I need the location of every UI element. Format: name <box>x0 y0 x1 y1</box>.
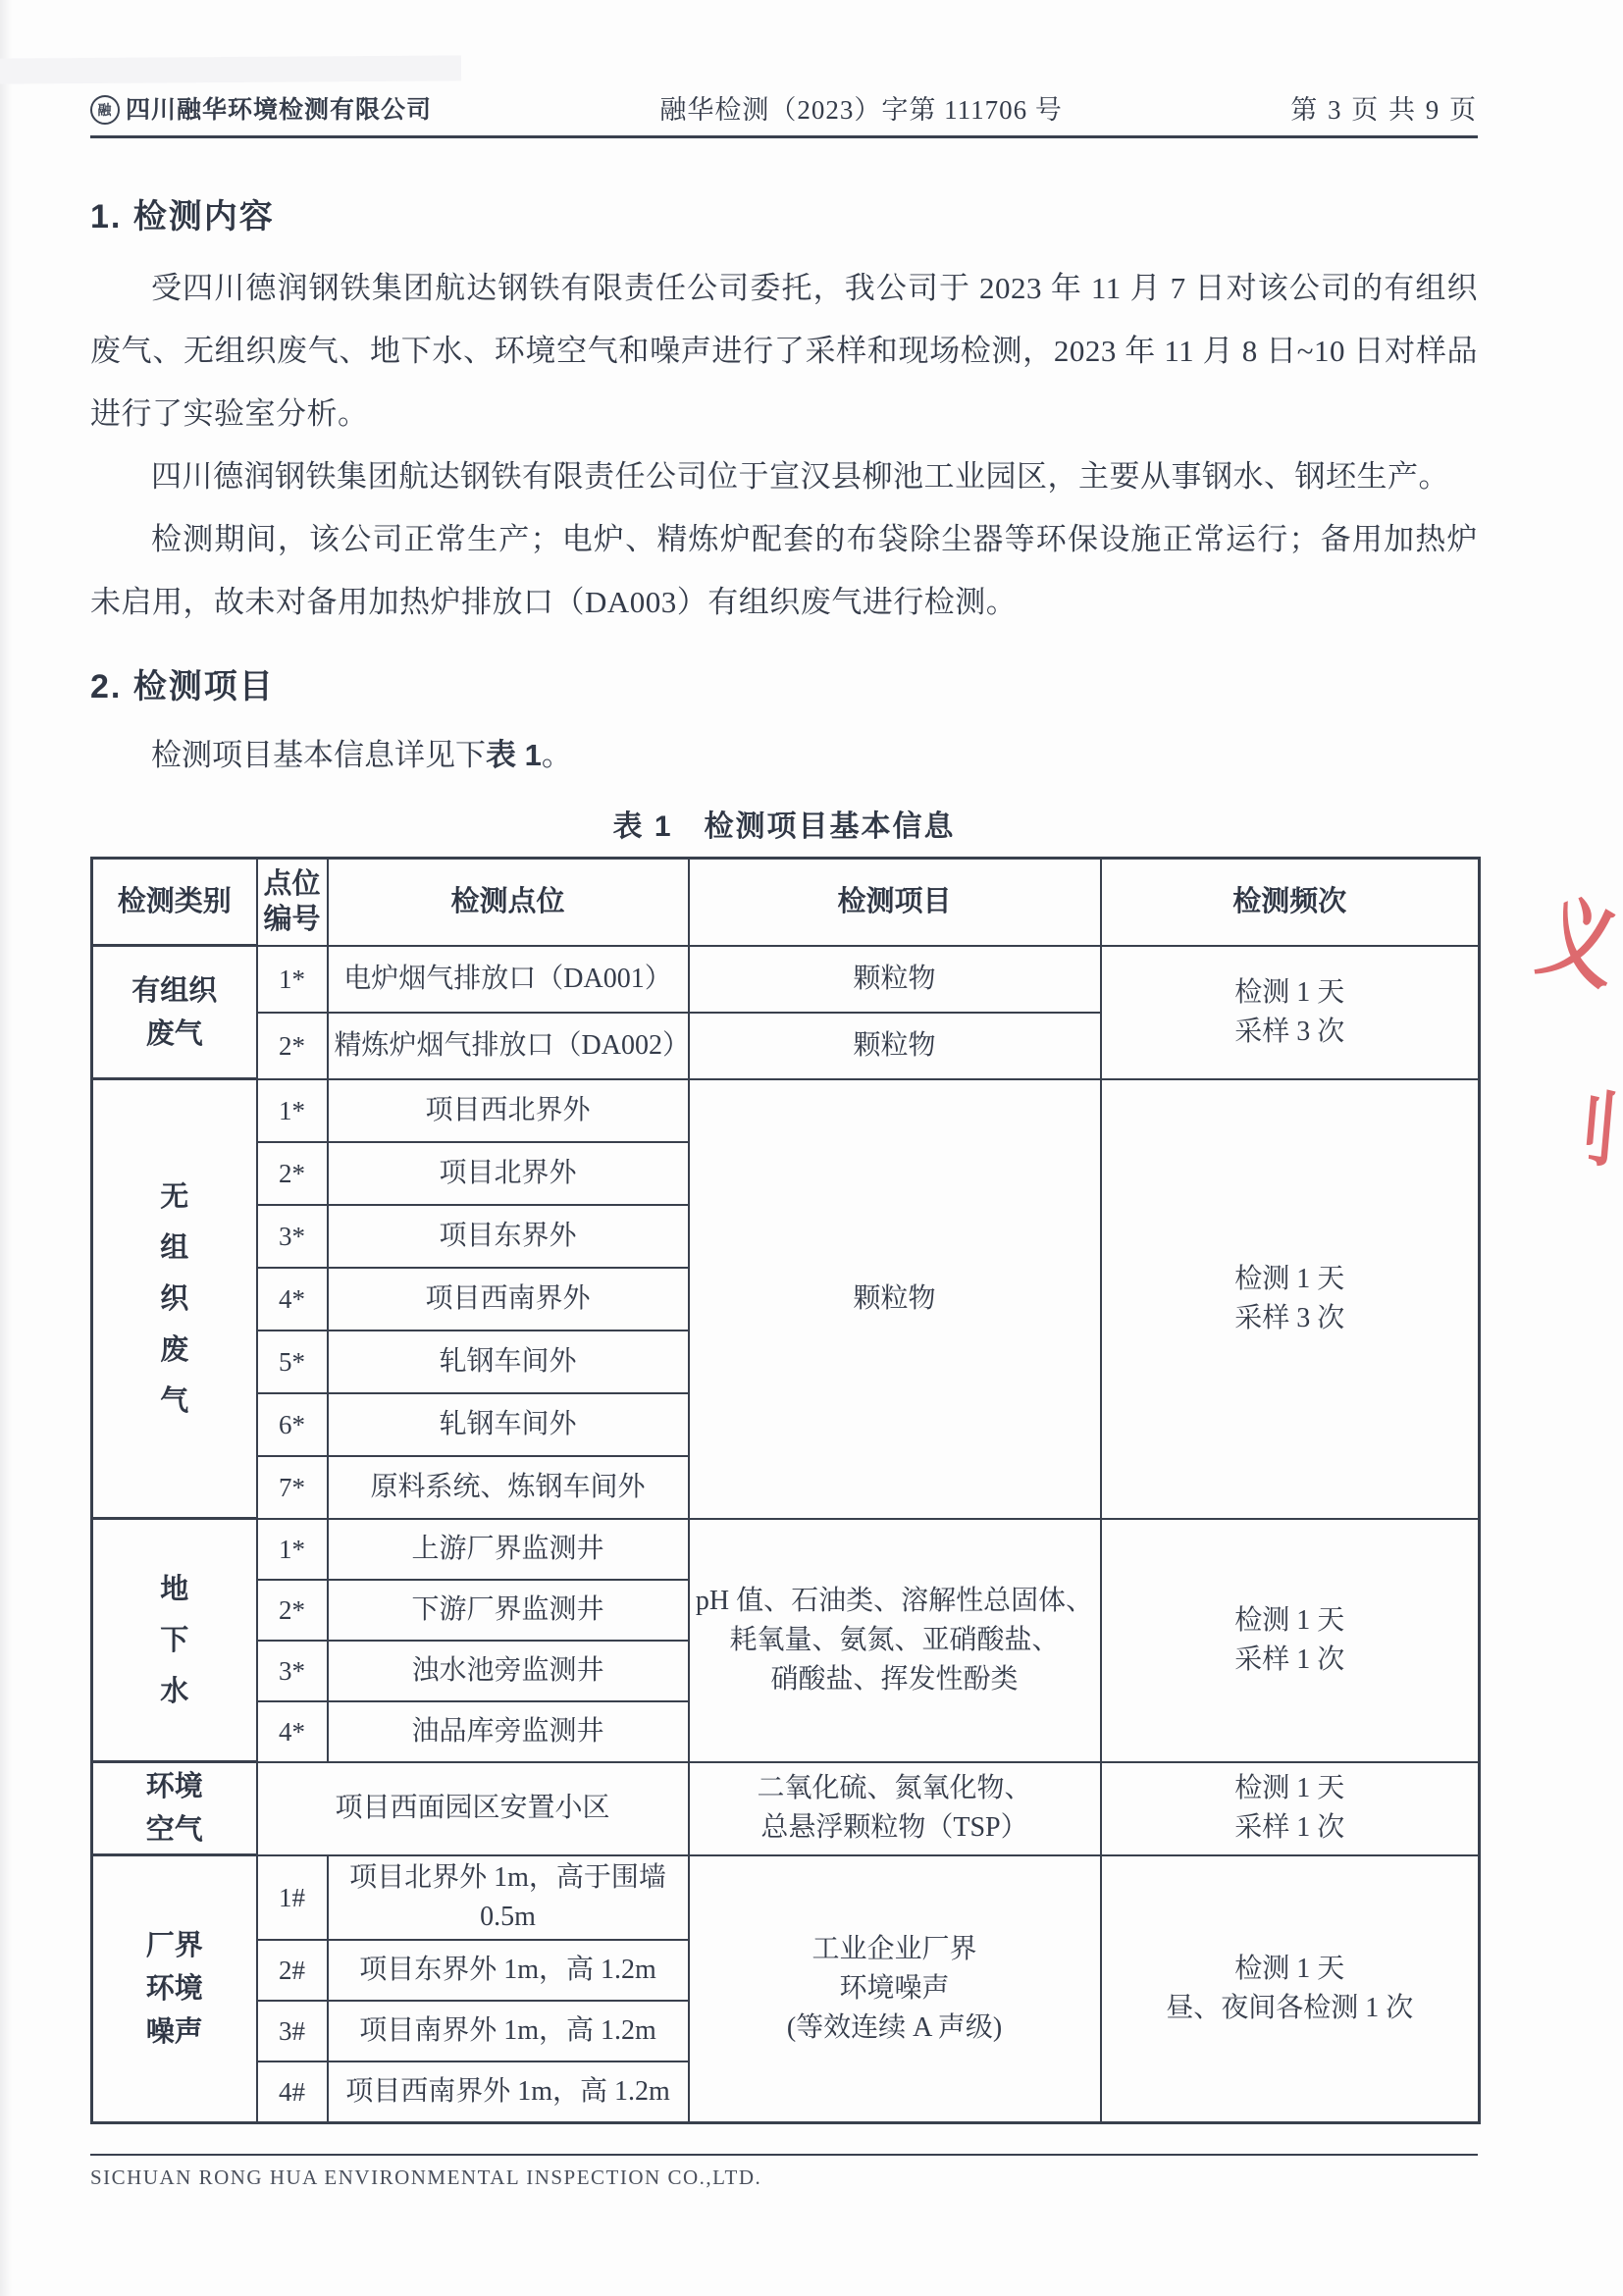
table-intro-text: 检测项目基本信息详见下 <box>151 738 486 772</box>
category-fugitive: 无 组 织 废 气 <box>92 1079 257 1519</box>
document-number: 融华检测（2023）字第 111706 号 <box>659 94 1063 126</box>
point-id: 1# <box>257 1855 328 1940</box>
table-row: 环境 空气项目西面园区安置小区二氧化硫、氮氧化物、 总悬浮颗粒物（TSP）检测 … <box>92 1762 1480 1855</box>
table-intro-period: 。 <box>542 738 572 772</box>
monitoring-site: 油品库旁监测井 <box>328 1701 689 1762</box>
table-header-row: 检测类别 点位 编号 检测点位 检测项目 检测频次 <box>92 859 1480 946</box>
monitoring-item: 颗粒物 <box>689 1079 1101 1519</box>
point-id: 6* <box>257 1393 328 1456</box>
company-name: 四川融华环境检测有限公司 <box>126 94 432 126</box>
point-id: 3* <box>257 1641 328 1701</box>
category-groundwater: 地 下 水 <box>92 1519 257 1762</box>
monitoring-site: 电炉烟气排放口（DA001） <box>328 946 689 1013</box>
page-indicator: 第 3 页 共 9 页 <box>1290 94 1478 126</box>
table-row: 地 下 水1*上游厂界监测井pH 值、石油类、溶解性总固体、 耗氧量、氨氮、亚硝… <box>92 1519 1480 1580</box>
monitoring-site: 项目东界外 1m，高 1.2m <box>328 1940 689 2001</box>
monitoring-site: 项目西面园区安置小区 <box>257 1762 689 1855</box>
category-air: 环境 空气 <box>92 1762 257 1855</box>
paragraph: 受四川德润钢铁集团航达钢铁有限责任公司委托，我公司于 2023 年 11 月 7… <box>90 257 1478 445</box>
point-id: 2* <box>257 1142 328 1205</box>
monitoring-frequency: 检测 1 天 昼、夜间各检测 1 次 <box>1101 1855 1480 2123</box>
point-id: 1* <box>257 946 328 1013</box>
point-id: 5* <box>257 1331 328 1393</box>
monitoring-site: 精炼炉烟气排放口（DA002） <box>328 1013 689 1079</box>
section2-heading: 2. 检测项目 <box>90 659 1478 707</box>
table-row: 有组织 废气1*电炉烟气排放口（DA001）颗粒物检测 1 天 采样 3 次 <box>92 946 1480 1013</box>
footer-rule <box>90 2154 1478 2156</box>
col-header-site: 检测点位 <box>328 859 689 946</box>
category-noise: 厂界 环境 噪声 <box>92 1855 257 2123</box>
monitoring-item: 颗粒物 <box>689 1013 1101 1079</box>
red-stamp-fragment: 义 <box>1528 862 1623 1009</box>
monitoring-frequency: 检测 1 天 采样 3 次 <box>1101 946 1480 1079</box>
monitoring-frequency: 检测 1 天 采样 1 次 <box>1101 1762 1480 1855</box>
page-header: 融 四川融华环境检测有限公司 融华检测（2023）字第 111706 号 第 3… <box>90 94 1478 126</box>
monitoring-site: 项目北界外 <box>328 1142 689 1205</box>
scan-streak-artifact <box>0 55 461 83</box>
point-id: 4* <box>257 1268 328 1331</box>
table-caption: 表 1 检测项目基本信息 <box>90 802 1478 845</box>
monitoring-item: 工业企业厂界 环境噪声 (等效连续 A 声级) <box>689 1855 1101 2123</box>
category-organized: 有组织 废气 <box>92 946 257 1079</box>
footer-company-en: SICHUAN RONG HUA ENVIRONMENTAL INSPECTIO… <box>90 2166 1478 2190</box>
company-header: 融 四川融华环境检测有限公司 <box>90 94 432 126</box>
table-row: 无 组 织 废 气1*项目西北界外颗粒物检测 1 天 采样 3 次 <box>92 1079 1480 1142</box>
col-header-category: 检测类别 <box>92 859 257 946</box>
table-row: 厂界 环境 噪声1#项目北界外 1m，高于围墙 0.5m工业企业厂界 环境噪声 … <box>92 1855 1480 1940</box>
point-id: 4# <box>257 2061 328 2123</box>
monitoring-item: 二氧化硫、氮氧化物、 总悬浮颗粒物（TSP） <box>689 1762 1101 1855</box>
point-id: 4* <box>257 1701 328 1762</box>
monitoring-site: 下游厂界监测井 <box>328 1580 689 1641</box>
scanned-report-page: 融 四川融华环境检测有限公司 融华检测（2023）字第 111706 号 第 3… <box>0 0 1623 2296</box>
monitoring-site: 项目西北界外 <box>328 1079 689 1142</box>
red-stamp-fragment: 刂 <box>1549 1061 1623 1182</box>
point-id: 3# <box>257 2001 328 2061</box>
paragraph: 四川德润钢铁集团航达钢铁有限责任公司位于宣汉县柳池工业园区，主要从事钢水、钢坯生… <box>90 445 1478 508</box>
table-body: 有组织 废气1*电炉烟气排放口（DA001）颗粒物检测 1 天 采样 3 次2*… <box>92 946 1480 2123</box>
monitoring-site: 项目南界外 1m，高 1.2m <box>328 2001 689 2061</box>
monitoring-site: 项目北界外 1m，高于围墙 0.5m <box>328 1855 689 1940</box>
monitoring-item: pH 值、石油类、溶解性总固体、 耗氧量、氨氮、亚硝酸盐、 硝酸盐、挥发性酚类 <box>689 1519 1101 1762</box>
monitoring-items-table: 检测类别 点位 编号 检测点位 检测项目 检测频次 有组织 废气1*电炉烟气排放… <box>90 857 1481 2124</box>
monitoring-site: 原料系统、炼钢车间外 <box>328 1456 689 1519</box>
col-header-point-id: 点位 编号 <box>257 859 328 946</box>
monitoring-site: 轧钢车间外 <box>328 1331 689 1393</box>
point-id: 7* <box>257 1456 328 1519</box>
monitoring-site: 项目东界外 <box>328 1205 689 1268</box>
monitoring-frequency: 检测 1 天 采样 1 次 <box>1101 1519 1480 1762</box>
monitoring-site: 轧钢车间外 <box>328 1393 689 1456</box>
monitoring-site: 项目西南界外 1m，高 1.2m <box>328 2061 689 2123</box>
point-id: 3* <box>257 1205 328 1268</box>
col-header-item: 检测项目 <box>689 859 1101 946</box>
scan-edge-artifact <box>0 0 12 2296</box>
point-id: 2# <box>257 1940 328 2001</box>
point-id: 2* <box>257 1580 328 1641</box>
paragraph: 检测期间，该公司正常生产；电炉、精炼炉配套的布袋除尘器等环保设施正常运行；备用加… <box>90 508 1478 634</box>
monitoring-item: 颗粒物 <box>689 946 1101 1013</box>
table-reference: 表 1 <box>486 738 542 772</box>
col-header-frequency: 检测频次 <box>1101 859 1480 946</box>
table-intro: 检测项目基本信息详见下表 1。 <box>90 727 1478 784</box>
point-id: 2* <box>257 1013 328 1079</box>
point-id: 1* <box>257 1079 328 1142</box>
company-logo-icon: 融 <box>90 95 120 125</box>
header-rule <box>90 135 1478 138</box>
monitoring-site: 上游厂界监测井 <box>328 1519 689 1580</box>
monitoring-frequency: 检测 1 天 采样 3 次 <box>1101 1079 1480 1519</box>
section1-heading: 1. 检测内容 <box>90 189 1478 237</box>
point-id: 1* <box>257 1519 328 1580</box>
monitoring-site: 浊水池旁监测井 <box>328 1641 689 1701</box>
monitoring-site: 项目西南界外 <box>328 1268 689 1331</box>
